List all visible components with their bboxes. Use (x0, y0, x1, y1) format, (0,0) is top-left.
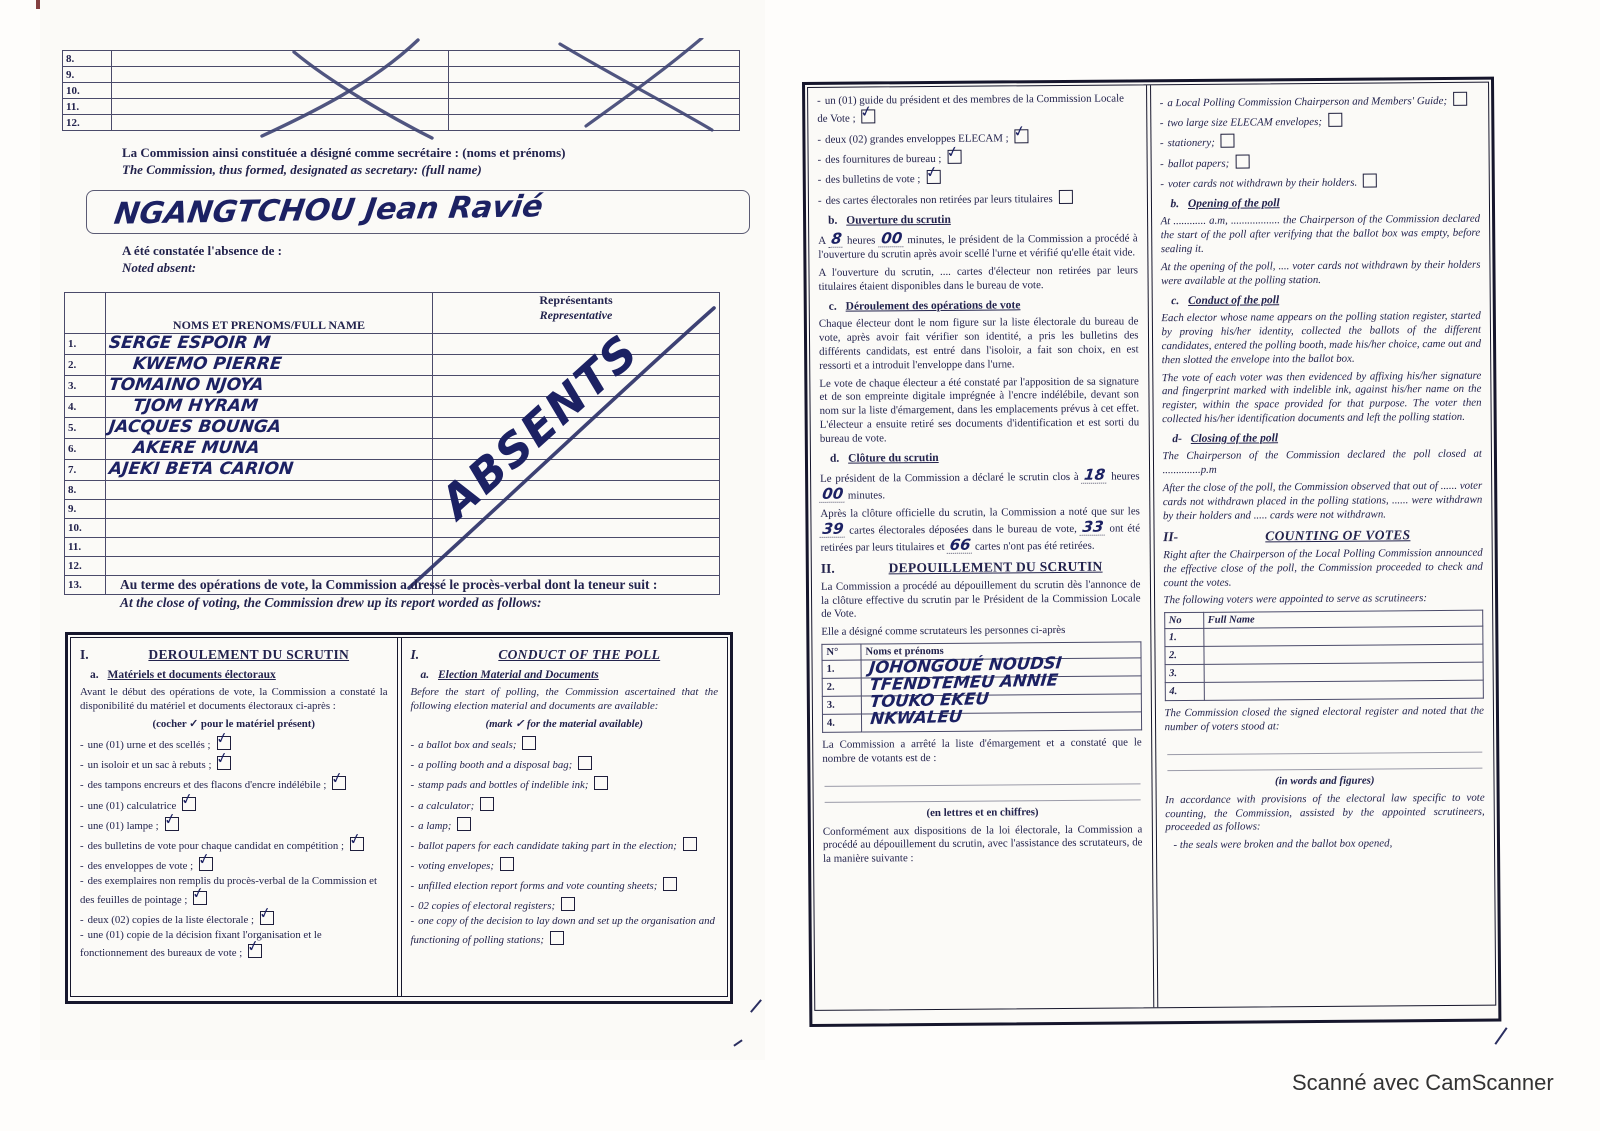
checklist-item: -voter cards not withdrawn by their hold… (1160, 171, 1480, 192)
conform-para-fr: Conformément aux dispositions de la loi … (823, 823, 1143, 867)
handwritten-name: AJEKI BETA CARION (108, 459, 295, 479)
checkbox (578, 756, 592, 770)
handwritten-hours: 18 (1082, 468, 1109, 484)
checklist-item: -des exemplaires non remplis du procès-v… (80, 875, 388, 907)
handwritten-name: AKERE MUNA (132, 438, 261, 458)
absent-table: NOMS ET PRENOMS/FULL NAME Représentants … (64, 292, 720, 595)
right-col-en: -a Local Polling Commission Chairperson … (1151, 83, 1496, 1008)
closing-para2-en: After the close of the poll, the Commiss… (1163, 480, 1483, 524)
opening-heading-en: b. Opening of the poll (1170, 194, 1480, 211)
material-checklist-fr-cont: -un (01) guide du président et des membr… (817, 92, 1137, 209)
checklist-item: -des enveloppes de vote ;✓ (80, 855, 388, 874)
checklist-item: -des cartes électorales non retirées par… (818, 187, 1138, 208)
checkbox: ✓ (926, 170, 940, 184)
right-col-fr: -un (01) guide du président et des membr… (808, 85, 1153, 1010)
checkbox (480, 797, 494, 811)
write-in-line (825, 784, 1141, 802)
checkbox: ✓ (350, 837, 364, 851)
secretary-name-handwritten: NGANGTCHOU Jean Ravié (112, 189, 545, 231)
checklist-item: -stationery; (1160, 130, 1480, 151)
close-of-voting-para: Au terme des opérations de vote, la Comm… (120, 577, 735, 611)
left-page: 8. 9. 10. (40, 0, 765, 1060)
checkbox: ✓ (248, 944, 262, 958)
checkbox: ✓ (332, 776, 346, 790)
checklist-item: -stamp pads and bottles of indelible ink… (411, 774, 719, 793)
checklist-item: -a polling booth and a disposal bag; (411, 754, 719, 773)
pen-mark (1494, 1027, 1507, 1045)
checkbox (1453, 91, 1467, 105)
scrutineers-table-fr: N° Noms et prénoms 1. (821, 641, 1141, 733)
material-intro-en: Before the start of polling, the Commiss… (411, 686, 719, 713)
conduct-para1-fr: Chaque électeur dont le nom figure sur l… (819, 315, 1139, 373)
checklist-item: -a lamp; (411, 815, 719, 834)
checkbox (594, 776, 608, 790)
subsection-heading-en: a. Election Material and Documents (421, 668, 719, 682)
checkbox: ✓ (947, 150, 961, 164)
scrutineers-table-en: No Full Name 1. (1164, 610, 1484, 702)
handwritten-name: JACQUES BOUNGA (108, 417, 282, 437)
conduct-of-poll-box: I. DEROULEMENT DU SCRUTIN a. Matériels e… (65, 632, 733, 1004)
handwritten-name: TOMAINO NJOYA (108, 375, 265, 395)
secretary-label-en: The Commission, thus formed, designated … (122, 162, 722, 178)
camscanner-watermark: Scanné avec CamScanner (1292, 1070, 1554, 1096)
checklist-item: -une (01) urne et des scellés ;✓ (80, 734, 388, 753)
table-row: 11. (63, 99, 740, 115)
check-mark: ✓ (214, 728, 230, 749)
absent-row: 3. TOMAINO NJOYA (65, 376, 720, 397)
accordance-para-en: In accordance with provisions of the ele… (1165, 791, 1485, 835)
checklist-item: -a ballot box and seals; (411, 734, 719, 753)
absent-row: 9. (65, 500, 720, 519)
absent-row: 8. (65, 481, 720, 500)
handwritten-hours: 8 (828, 232, 844, 248)
secretary-name-field: NGANGTCHOU Jean Ravié (86, 190, 750, 234)
checkbox: ✓ (165, 817, 179, 831)
scrutineers-intro-en: The following voters were appointed to s… (1164, 592, 1484, 608)
absent-row: 11. (65, 538, 720, 557)
checkbox (1221, 134, 1235, 148)
checklist-item: -des tampons encreurs et des flacons d'e… (80, 774, 388, 793)
absent-name-header: NOMS ET PRENOMS/FULL NAME (106, 293, 433, 334)
checklist-item: -02 copies of electoral registers; (411, 895, 719, 914)
checkbox: ✓ (217, 756, 231, 770)
checkbox: ✓ (260, 911, 274, 925)
checklist-item: -a Local Polling Commission Chairperson … (1160, 89, 1480, 110)
material-checklist-fr: -une (01) urne et des scellés ;✓ -un iso… (80, 734, 388, 961)
checklist-item: -voting envelopes; (411, 855, 719, 874)
scanned-document: 8. 9. 10. (0, 0, 1600, 1131)
handwritten-name: SERGE ESPOIR M (108, 333, 272, 353)
checklist-item: -une (01) lampe ;✓ (80, 815, 388, 834)
absent-row: 5. JACQUES BOUNGA (65, 418, 720, 439)
absent-label-en: Noted absent: (122, 260, 522, 276)
checklist-item: -un (01) guide du président et des membr… (817, 92, 1137, 127)
handwritten-name: TJOM HYRAM (132, 396, 259, 416)
closing-para1-en: The Chairperson of the Commission declar… (1162, 448, 1482, 478)
closing-heading-fr: d. Clôture du scrutin (830, 449, 1140, 466)
counting-heading-fr: II. DEPOUILLEMENT DU SCRUTIN (821, 557, 1141, 577)
checkbox: ✓ (1015, 129, 1029, 143)
conduct-col-fr: I. DEROULEMENT DU SCRUTIN a. Matériels e… (71, 638, 397, 996)
section-heading-fr: I. DEROULEMENT DU SCRUTIN (80, 646, 388, 663)
scrutineers-table-fr-wrap: N° Noms et prénoms 1. (821, 641, 1141, 733)
closing-para2-fr: Après la clôture officielle du scrutin, … (820, 505, 1140, 555)
material-intro-fr: Avant le début des opérations de vote, l… (80, 686, 388, 713)
closing-heading-en: d- Closing of the poll (1172, 430, 1482, 447)
checkbox (1328, 113, 1342, 127)
checklist-item: -deux (02) copies de la liste électorale… (80, 909, 388, 928)
absent-row: 7. AJEKI BETA CARION (65, 460, 720, 481)
scrutineers-intro-fr: Elle a désigné comme scrutateurs les per… (821, 624, 1141, 640)
table-row: 10. (63, 83, 740, 99)
counting-para-fr: La Commission a procédé au dépouillement… (821, 578, 1141, 622)
secretary-label: La Commission ainsi constituée a désigné… (122, 145, 722, 178)
material-checklist-en-cont: -a Local Polling Commission Chairperson … (1160, 89, 1480, 192)
conduct-heading-fr: c. Déroulement des opérations de vote (829, 297, 1139, 314)
mark-note-fr: (cocher ✓ pour le matériel présent) (80, 718, 388, 732)
scrutineer-row: 4. (822, 712, 1141, 733)
opening-para1-en: At ............ a.m, .................. … (1161, 213, 1481, 257)
scrutineers-table-en-wrap: No Full Name 1. (1164, 610, 1484, 702)
opening-para-fr: A 8 heures 00 minutes, le président de l… (818, 230, 1138, 263)
checkbox: ✓ (193, 891, 207, 905)
checklist-item: -deux (02) grandes enveloppes ELECAM ;✓ (817, 126, 1137, 147)
checklist-item: -ballot papers for each candidate taking… (411, 835, 719, 854)
checklist-item: -une (01) copie de la décision fixant l'… (80, 929, 388, 961)
scrutineer-row: 4. (1165, 680, 1484, 701)
checklist-item: -one copy of the decision to lay down an… (411, 915, 719, 947)
checklist-item: -des bulletins de vote ;✓ (818, 167, 1138, 188)
secretary-label-fr: La Commission ainsi constituée a désigné… (122, 145, 722, 161)
conduct-heading-en: c. Conduct of the poll (1171, 291, 1481, 308)
checkbox (1235, 154, 1249, 168)
absent-label-fr: A été constatée l'absence de : (122, 243, 522, 259)
handwritten-name: KWEMO PIERRE (132, 354, 283, 374)
checklist-item: -unfilled election report forms and vote… (411, 875, 719, 894)
table-row: 9. (63, 67, 740, 83)
checkbox (1363, 173, 1377, 187)
right-page: -un (01) guide du président et des membr… (802, 77, 1501, 1027)
checklist-item: -ballot papers; (1160, 150, 1480, 171)
absent-row: 4. TJOM HYRAM (65, 397, 720, 418)
opening-para2-fr: A l'ouverture du scrutin, .... cartes d'… (818, 264, 1138, 294)
subsection-heading-fr: a. Matériels et documents électoraux (90, 668, 388, 682)
conduct-para2-en: The vote of each voter was then evidence… (1162, 369, 1482, 427)
write-in-line (1167, 753, 1483, 771)
conduct-para1-en: Each elector whose name appears on the p… (1161, 310, 1481, 368)
mark-note-en: (mark ✓ for the material available) (411, 718, 719, 732)
checkbox (457, 817, 471, 831)
conduct-col-en: I. CONDUCT OF THE POLL a. Election Mater… (402, 638, 728, 996)
voters-count-en: The Commission closed the signed elector… (1164, 705, 1484, 735)
voters-count-fr: La Commission a arrêté la liste d'émarge… (822, 736, 1142, 766)
conduct-para2-fr: Le vote de chaque électeur a été constat… (819, 375, 1139, 447)
checklist-item: -des bulletins de vote pour chaque candi… (80, 835, 388, 854)
words-figures-note-fr: (en lettres et en chiffres) (823, 805, 1143, 821)
table-row: 12. (63, 115, 740, 131)
absent-rep-header: Représentants Representative (433, 293, 720, 334)
checklist-item: -a calculator; (411, 795, 719, 814)
counting-heading-en: II- COUNTING OF VOTES (1163, 525, 1483, 545)
absent-row: 1. SERGE ESPOIR M (65, 334, 720, 355)
checkbox (561, 897, 575, 911)
checkbox: ✓ (862, 110, 876, 124)
checkbox (683, 837, 697, 851)
absent-table-wrap: NOMS ET PRENOMS/FULL NAME Représentants … (64, 292, 720, 595)
material-checklist-en: -a ballot box and seals; -a polling boot… (411, 734, 719, 947)
checkbox: ✓ (199, 857, 213, 871)
absent-row: 12. (65, 557, 720, 576)
handwritten-cards-left: 66 (946, 537, 973, 553)
checklist-item: -two large size ELECAM envelopes; (1160, 110, 1480, 131)
absent-label: A été constatée l'absence de : Noted abs… (122, 243, 522, 276)
checkbox (663, 877, 677, 891)
checkbox: ✓ (182, 797, 196, 811)
checklist-item: -une (01) calculatrice✓ (80, 795, 388, 814)
closing-para1-fr: Le président de la Commission a déclaré … (820, 468, 1140, 504)
section-heading-en: I. CONDUCT OF THE POLL (411, 646, 719, 663)
seals-broken-line: - the seals were broken and the ballot b… (1173, 837, 1485, 853)
handwritten-cards-taken: 33 (1080, 519, 1107, 535)
checkbox (1059, 190, 1073, 204)
checkbox (550, 931, 564, 945)
absent-row: 6. AKERE MUNA (65, 439, 720, 460)
absent-row: 2. KWEMO PIERRE (65, 355, 720, 376)
handwritten-cards-total: 39 (820, 522, 847, 538)
opening-para2-en: At the opening of the poll, .... voter c… (1161, 259, 1481, 289)
table-row: 8. (63, 51, 740, 67)
crossed-out-table: 8. 9. 10. (62, 50, 740, 131)
words-figures-note-en: (in words and figures) (1165, 774, 1485, 790)
absent-row: 10. (65, 519, 720, 538)
checklist-item: -des fournitures de bureau ;✓ (818, 146, 1138, 167)
checkbox (500, 857, 514, 871)
opening-heading-fr: b. Ouverture du scrutin (828, 211, 1138, 228)
checkbox (522, 736, 536, 750)
counting-para-en: Right after the Chairperson of the Local… (1163, 546, 1483, 590)
handwritten-minutes: 00 (878, 231, 905, 247)
handwritten-minutes: 00 (819, 487, 846, 503)
